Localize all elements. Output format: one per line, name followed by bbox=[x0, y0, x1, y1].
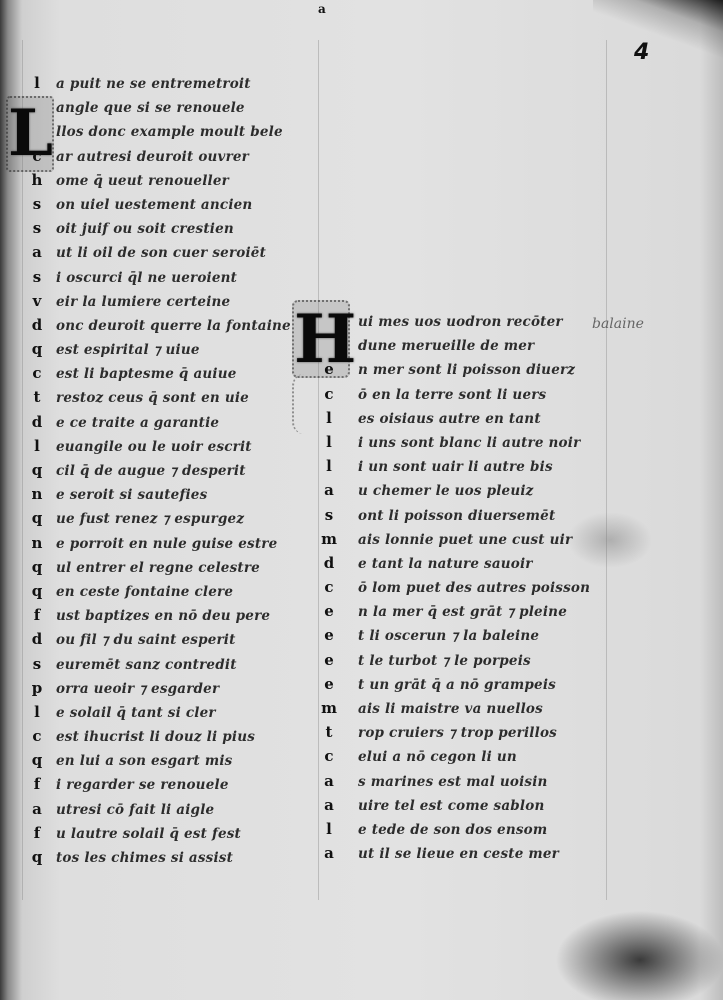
line-text: e porroit en nule guise estre bbox=[56, 536, 277, 552]
line-initial: c bbox=[26, 364, 48, 382]
line-initial: l bbox=[318, 457, 340, 475]
line-initial: c bbox=[318, 747, 340, 765]
line-initial: v bbox=[26, 292, 48, 310]
line-text: ust baptizes en nō deu pere bbox=[56, 608, 270, 624]
line-initial: d bbox=[26, 630, 48, 648]
line-text: est ihucrist li douz li pius bbox=[56, 729, 255, 745]
line-initial: d bbox=[26, 413, 48, 431]
line-text: cil q̄ de augue ⁊ desperit bbox=[56, 463, 246, 479]
line-initial: f bbox=[26, 606, 48, 624]
line-initial: q bbox=[26, 558, 48, 576]
line-initial: m bbox=[318, 699, 340, 717]
line-initial: c bbox=[26, 727, 48, 745]
line-text: e ce traite a garantie bbox=[56, 415, 219, 431]
line-initial: e bbox=[318, 360, 340, 378]
line-initial: a bbox=[318, 772, 340, 790]
line-text: onc deuroit querre la fontaine bbox=[56, 318, 291, 334]
signature-mark: a bbox=[318, 2, 326, 16]
line-text: i uns sont blanc li autre noir bbox=[358, 435, 580, 451]
line-text: ut il se lieue en ceste mer bbox=[358, 846, 559, 862]
line-initial: q bbox=[26, 461, 48, 479]
line-text: ome q̄ ueut renoueller bbox=[56, 173, 229, 189]
line-initial: a bbox=[318, 796, 340, 814]
line-initial: m bbox=[318, 530, 340, 548]
line-text: euremēt sanz contredit bbox=[56, 657, 237, 673]
line-initial: e bbox=[318, 675, 340, 693]
line-initial: e bbox=[318, 651, 340, 669]
line-initial: q bbox=[26, 509, 48, 527]
line-text: i un sont uair li autre bis bbox=[358, 459, 553, 475]
line-initial: l bbox=[318, 409, 340, 427]
line-initial: e bbox=[318, 602, 340, 620]
line-text: oit juif ou soit crestien bbox=[56, 221, 234, 237]
line-text: elui a nō cegon li un bbox=[358, 749, 517, 765]
line-text: ō lom puet des autres poisson bbox=[358, 580, 590, 596]
line-initial: h bbox=[26, 171, 48, 189]
line-text: ont li poisson diuersemēt bbox=[358, 508, 555, 524]
line-text: uire tel est come sablon bbox=[358, 798, 544, 814]
line-text: e tant la nature sauoir bbox=[358, 556, 533, 572]
line-text: orra ueoir ⁊ esgarder bbox=[56, 681, 219, 697]
line-initial: t bbox=[26, 388, 48, 406]
line-initial: q bbox=[26, 340, 48, 358]
line-text: ue fust renez ⁊ espurgez bbox=[56, 511, 244, 527]
line-initial: s bbox=[318, 506, 340, 524]
line-initial: f bbox=[26, 775, 48, 793]
line-initial: s bbox=[26, 195, 48, 213]
line-initial: e bbox=[318, 626, 340, 644]
line-initial: a bbox=[26, 800, 48, 818]
line-initial: n bbox=[26, 534, 48, 552]
line-text: u chemer le uos pleuiz bbox=[358, 483, 534, 499]
line-initial: c bbox=[26, 147, 48, 165]
line-text: t un grāt q̄ a nō grampeis bbox=[358, 677, 556, 693]
initial-flourish-decoration bbox=[292, 374, 320, 434]
line-text: ou fil ⁊ du saint esperit bbox=[56, 632, 236, 648]
line-initial: p bbox=[26, 679, 48, 697]
line-text: ar autresi deuroit ouvrer bbox=[56, 149, 249, 165]
line-initial: c bbox=[318, 578, 340, 596]
line-initial: l bbox=[318, 433, 340, 451]
line-text: ul entrer el regne celestre bbox=[56, 560, 260, 576]
line-initial: s bbox=[26, 655, 48, 673]
line-text: t le turbot ⁊ le porpeis bbox=[358, 653, 531, 669]
line-text: e seroit si sautefies bbox=[56, 487, 207, 503]
page-edge-shadow bbox=[593, 0, 723, 60]
line-initial: q bbox=[26, 582, 48, 600]
marginal-note: balaine bbox=[592, 316, 644, 332]
folio-number: 4 bbox=[634, 40, 649, 65]
line-text: t li oscerun ⁊ la baleine bbox=[358, 628, 539, 644]
line-text: angle que si se renouele bbox=[56, 100, 245, 116]
line-initial: s bbox=[26, 219, 48, 237]
line-text: est espirital ⁊ uiue bbox=[56, 342, 200, 358]
line-text: ui mes uos uodron recōter bbox=[358, 314, 563, 330]
line-initial: c bbox=[318, 385, 340, 403]
line-text: s marines est mal uoisin bbox=[358, 774, 548, 790]
line-initial: a bbox=[318, 844, 340, 862]
line-text: euangile ou le uoir escrit bbox=[56, 439, 252, 455]
line-text: e tede de son dos ensom bbox=[358, 822, 547, 838]
line-text: i oscurci q̄l ne ueroient bbox=[56, 270, 237, 286]
ruling-line bbox=[606, 40, 607, 900]
line-initial: a bbox=[318, 481, 340, 499]
line-initial: n bbox=[26, 485, 48, 503]
line-text: ō en la terre sont li uers bbox=[358, 387, 546, 403]
line-initial: q bbox=[26, 848, 48, 866]
line-text: u lautre solail q̄ est fest bbox=[56, 826, 241, 842]
line-text: tos les chimes si assist bbox=[56, 850, 233, 866]
line-initial: f bbox=[26, 824, 48, 842]
line-text: on uiel uestement ancien bbox=[56, 197, 252, 213]
line-initial: q bbox=[26, 751, 48, 769]
line-initial: d bbox=[318, 554, 340, 572]
line-initial: l bbox=[26, 437, 48, 455]
line-text: en ceste fontaine clere bbox=[56, 584, 233, 600]
line-initial: l bbox=[26, 74, 48, 92]
line-initial: s bbox=[26, 268, 48, 286]
line-initial: a bbox=[26, 243, 48, 261]
line-text: est li baptesme q̄ auiue bbox=[56, 366, 237, 382]
manuscript-page: a 4 balaine L H la puit ne se entremetro… bbox=[0, 0, 723, 1000]
line-initial: l bbox=[26, 703, 48, 721]
line-text: llos donc example moult bele bbox=[56, 124, 283, 140]
line-text: ut li oil de son cuer seroiēt bbox=[56, 245, 266, 261]
line-text: ais li maistre va nuellos bbox=[358, 701, 543, 717]
line-initial: d bbox=[26, 316, 48, 334]
line-text: utresi cō fait li aigle bbox=[56, 802, 214, 818]
line-initial: t bbox=[318, 723, 340, 741]
line-text: n mer sont li poisson diuerz bbox=[358, 362, 575, 378]
line-text: eir la lumiere certeine bbox=[56, 294, 230, 310]
line-text: restoz ceus q̄ sont en uie bbox=[56, 390, 249, 406]
line-text: n la mer q̄ est grāt ⁊ pleine bbox=[358, 604, 567, 620]
line-text: es oisiaus autre en tant bbox=[358, 411, 541, 427]
line-text: en lui a son esgart mis bbox=[56, 753, 232, 769]
line-text: ais lonnie puet une cust uir bbox=[358, 532, 572, 548]
line-text: rop cruiers ⁊ trop perillos bbox=[358, 725, 557, 741]
line-text: i regarder se renouele bbox=[56, 777, 229, 793]
line-initial: l bbox=[318, 820, 340, 838]
line-text: dune merueille de mer bbox=[358, 338, 534, 354]
line-text: e solail q̄ tant si cler bbox=[56, 705, 216, 721]
line-text: a puit ne se entremetroit bbox=[56, 76, 251, 92]
